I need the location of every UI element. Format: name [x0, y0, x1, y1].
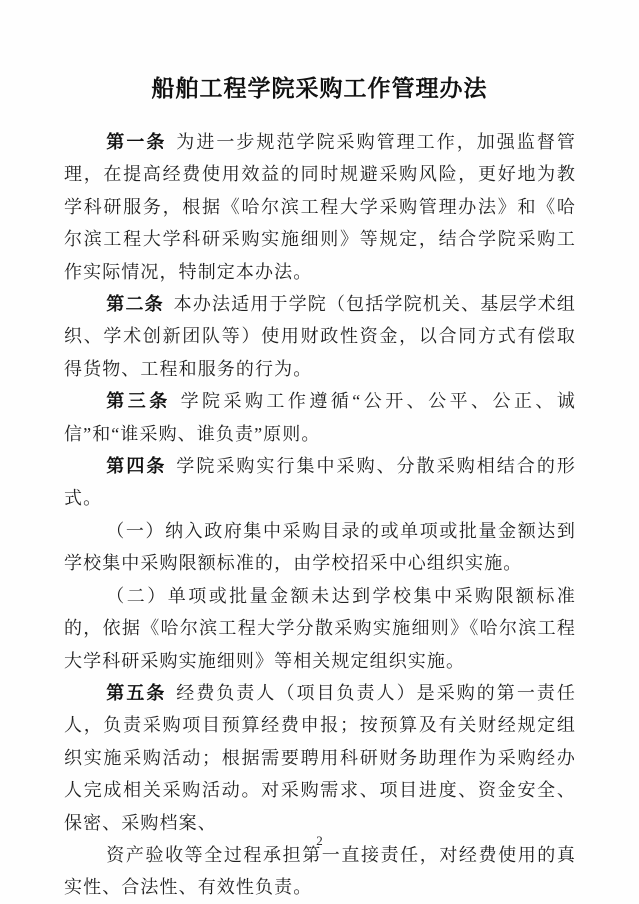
paragraph-article-3: 第三条学院采购工作遵循“公开、公平、公正、诚信”和“谁采购、谁负责”原则。 — [64, 385, 576, 450]
paragraph-item-2: （二）单项或批量金额未达到学校集中采购限额标准的，依据《哈尔滨工程大学分散采购实… — [64, 580, 576, 677]
document-body: 第一条为进一步规范学院采购管理工作，加强监督管理，在提高经费使用效益的同时规避采… — [64, 126, 576, 904]
article-5-label: 第五条 — [106, 683, 166, 703]
paragraph-item-1: （一）纳入政府集中采购目录的或单项或批量金额达到学校集中采购限额标准的，由学校招… — [64, 515, 576, 580]
paragraph-article-2: 第二条本办法适用于学院（包括学院机关、基层学术组织、学术创新团队等）使用财政性资… — [64, 288, 576, 385]
item-2-text: （二）单项或批量金额未达到学校集中采购限额标准的，依据《哈尔滨工程大学分散采购实… — [64, 586, 576, 671]
document-title: 船舶工程学院采购工作管理办法 — [0, 0, 639, 104]
page-number: 2 — [0, 833, 639, 849]
article-4-label: 第四条 — [106, 456, 166, 476]
paragraph-article-1: 第一条为进一步规范学院采购管理工作，加强监督管理，在提高经费使用效益的同时规避采… — [64, 126, 576, 288]
article-1-text: 为进一步规范学院采购管理工作，加强监督管理，在提高经费使用效益的同时规避采购风险… — [64, 132, 576, 282]
paragraph-article-4: 第四条学院采购实行集中采购、分散采购相结合的形式。 — [64, 450, 576, 515]
paragraph-article-5: 第五条经费负责人（项目负责人）是采购的第一责任人，负责采购项目预算经费申报；按预… — [64, 677, 576, 839]
article-5-text: 经费负责人（项目负责人）是采购的第一责任人，负责采购项目预算经费申报；按预算及有… — [64, 683, 576, 833]
article-2-label: 第二条 — [106, 294, 163, 314]
article-3-label: 第三条 — [106, 391, 170, 411]
document-page: 船舶工程学院采购工作管理办法 第一条为进一步规范学院采购管理工作，加强监督管理，… — [0, 0, 639, 904]
article-5-continued-text: 资产验收等全过程承担第一直接责任，对经费使用的真实性、合法性、有效性负责。 — [64, 845, 576, 897]
article-1-label: 第一条 — [106, 132, 166, 152]
item-1-text: （一）纳入政府集中采购目录的或单项或批量金额达到学校集中采购限额标准的，由学校招… — [64, 521, 576, 573]
